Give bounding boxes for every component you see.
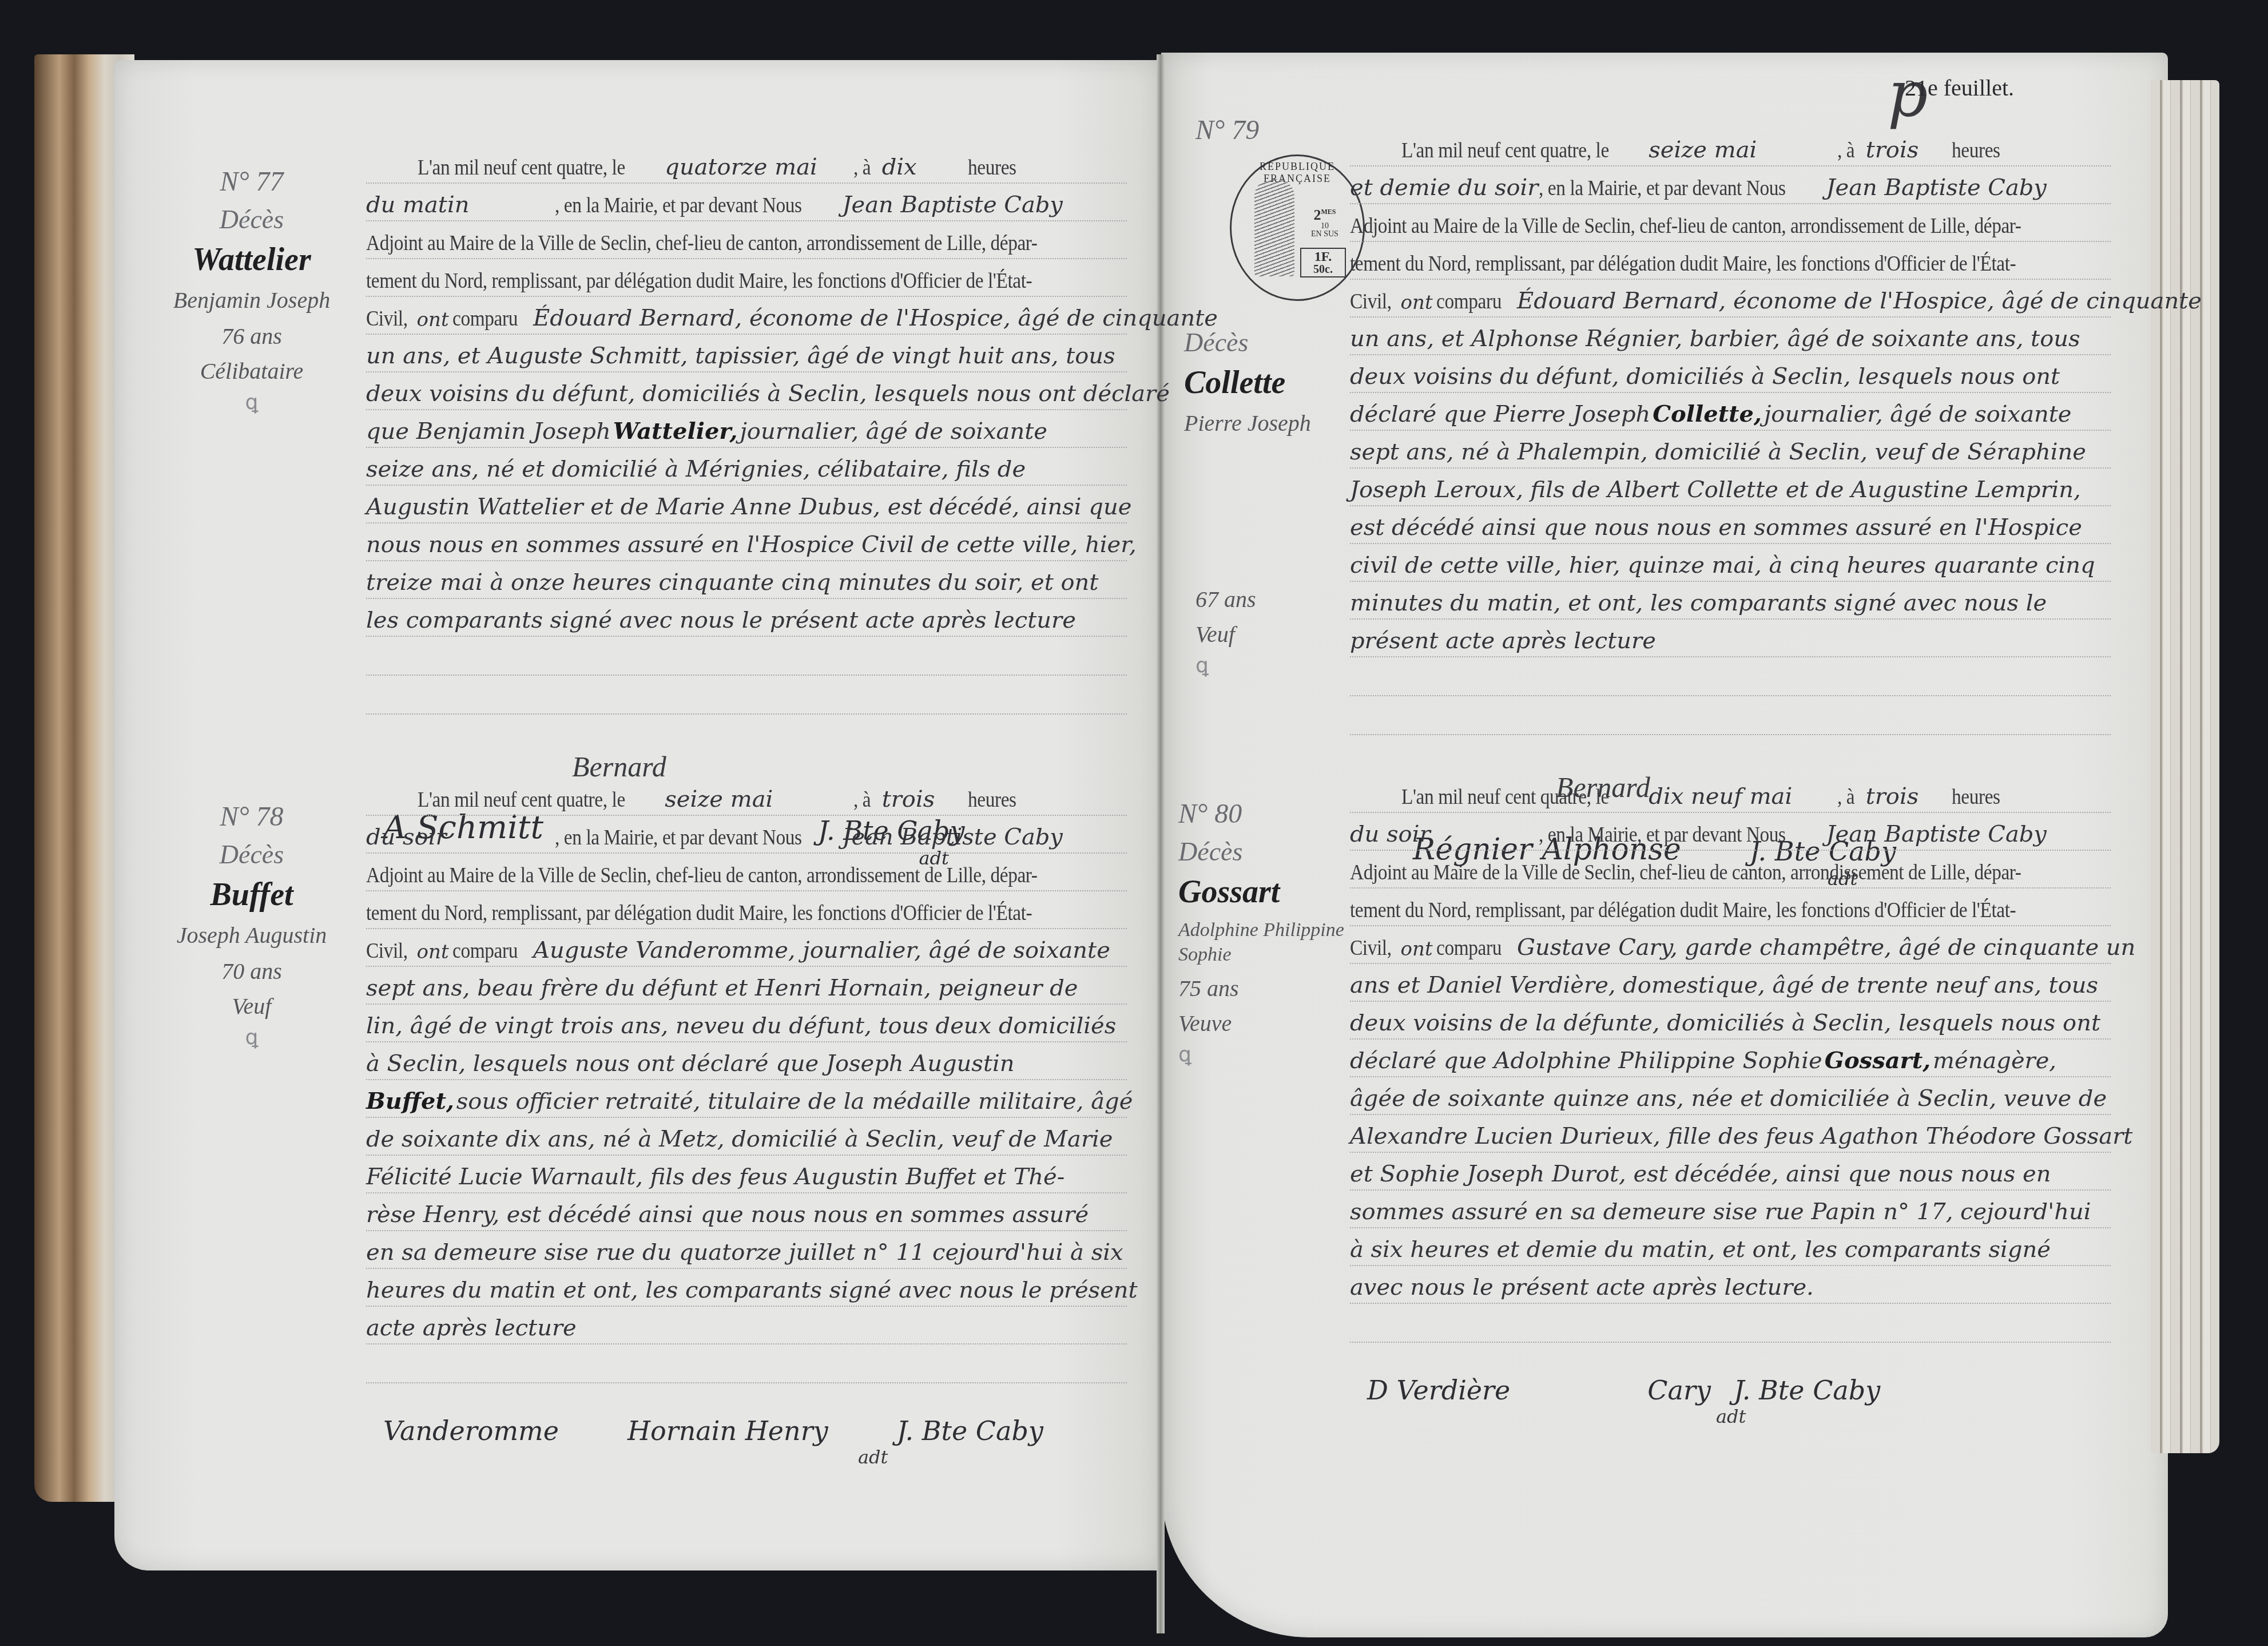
act-line: et Sophie Joseph Durot, est décédée, ain…: [1350, 1153, 2111, 1191]
act-line: L'an mil neuf cent quatre, le quatorze m…: [366, 146, 1127, 184]
civil-status: Veuf: [1195, 621, 1281, 648]
act-text: déclaré que Pierre Joseph: [1350, 401, 1650, 427]
printed-text: comparu: [1436, 289, 1502, 314]
act-text: journalier, âgé de soixante: [740, 418, 1047, 445]
act-hour: trois: [1857, 783, 1952, 810]
margin-mark: ꝗ: [1178, 1042, 1361, 1066]
act-text: heures du matin et ont, les comparants s…: [366, 1277, 1138, 1303]
act-text: et Sophie Joseph Durot, est décédée, ain…: [1350, 1161, 2051, 1187]
act-line: seize ans, né et domicilié à Mérignies, …: [366, 448, 1127, 486]
blank-line: [1350, 657, 2111, 696]
act-line: est décédé ainsi que nous nous en sommes…: [1350, 506, 2111, 544]
printed-text: , en la Mairie, et par devant Nous: [1539, 822, 1786, 847]
printed-text: Adjoint au Maire de la Ville de Seclin, …: [1350, 213, 2021, 239]
act-number: N° 80: [1178, 798, 1361, 830]
act-text: en sa demeure sise rue du quatorze juill…: [366, 1239, 1123, 1266]
act-text: deux voisins du défunt, domiciliés à Sec…: [1350, 363, 2060, 390]
deceased-surname-inline: Gossart,: [1825, 1047, 1931, 1074]
act-text: deux voisins du défunt, domiciliés à Sec…: [366, 380, 1170, 407]
act-text: Auguste Vanderomme, journalier, âgé de s…: [526, 937, 1110, 963]
act-text: les comparants signé avec nous le présen…: [366, 607, 1076, 633]
act-line: du soir , en la Mairie, et par devant No…: [366, 816, 1127, 854]
act-line: Adjoint au Maire de la Ville de Seclin, …: [1350, 204, 2111, 242]
act-text: rèse Henry, est décédé ainsi que nous no…: [366, 1201, 1089, 1228]
stamp-price: 1F. 50c.: [1300, 248, 1346, 277]
act-line: acte après lecture: [366, 1307, 1127, 1344]
act-line: présent acte après lecture: [1350, 620, 2111, 657]
printed-text: , à: [1837, 138, 1854, 163]
margin-note-act-79: Décès Collette Pierre Joseph: [1184, 320, 1344, 438]
signature-witness-1: Bernard: [366, 715, 1127, 783]
civil-status: Veuf: [143, 993, 360, 1020]
act-text: Édouard Bernard, économe de l'Hospice, â…: [1510, 288, 2202, 314]
printed-text: , à: [1837, 784, 1854, 810]
act-line: un ans, et Alphonse Régnier, barbier, âg…: [1350, 318, 2111, 355]
deceased-age: 67 ans: [1195, 586, 1281, 613]
act-date: seize mai: [653, 786, 853, 812]
act-line: sommes assuré en sa demeure sise rue Pap…: [1350, 1191, 2111, 1228]
blank-line: [1350, 1304, 2111, 1343]
printed-text: Civil,: [1350, 289, 1392, 314]
printed-text: heures: [1952, 784, 2000, 810]
act-text: présent acte après lecture: [1350, 628, 1656, 654]
blank-line: [366, 676, 1127, 715]
act-text: déclaré que Adolphine Philippine Sophie: [1350, 1048, 1822, 1074]
printed-text: heures: [968, 787, 1016, 812]
act-period: du soir: [1350, 821, 1539, 847]
act-line: L'an mil neuf cent quatre, le seize mai …: [366, 778, 1127, 816]
act-text: Édouard Bernard, économe de l'Hospice, â…: [526, 305, 1218, 331]
signature-officer: J. Bte Caby: [1734, 1375, 1880, 1406]
folio-label: 21e feuillet.: [1905, 74, 2014, 101]
margin-note-act-79-details: 67 ans Veuf ꝗ: [1195, 578, 1281, 677]
marianne-figure-icon: [1254, 179, 1294, 276]
act-line: âgée de soixante quinze ans, née et domi…: [1350, 1077, 2111, 1115]
act-line: L'an mil neuf cent quatre, le seize mai …: [1350, 129, 2111, 166]
margin-mark: ꝗ: [143, 1025, 360, 1049]
act-text: avec nous le présent acte après lecture.: [1350, 1274, 1814, 1300]
act-77-body: L'an mil neuf cent quatre, le quatorze m…: [366, 146, 1127, 846]
act-text: un ans, et Alphonse Régnier, barbier, âg…: [1350, 326, 2080, 352]
printed-text: L'an mil neuf cent quatre, le: [418, 787, 625, 812]
signature-row: Vanderomme Hornain Henry J. Bte Caby: [366, 1383, 1127, 1446]
printed-text: , en la Mairie, et par devant Nous: [555, 193, 802, 218]
act-number: N° 79: [1195, 114, 1281, 146]
stamp-surcharge-label: EN SUS: [1305, 231, 1345, 239]
stamp-surcharge-frac: 10: [1305, 223, 1345, 231]
deceased-surname-inline: Wattelier,: [613, 418, 738, 445]
deceased-given-names: Adolphine Philippine Sophie: [1178, 918, 1361, 967]
act-line: Joseph Leroux, fils de Albert Collette e…: [1350, 469, 2111, 506]
act-text: Félicité Lucie Warnault, fils des feus A…: [366, 1164, 1065, 1190]
act-line: heures du matin et ont, les comparants s…: [366, 1269, 1127, 1307]
act-line: déclaré que Pierre Joseph Collette, jour…: [1350, 393, 2111, 431]
deceased-surname-inline: Buffet,: [366, 1088, 454, 1114]
civil-status: Célibataire: [143, 358, 360, 384]
act-line: tement du Nord, remplissant, par délégat…: [1350, 889, 2111, 926]
printed-text: Civil,: [366, 306, 408, 331]
officer-name: Jean Baptiste Caby: [836, 824, 1063, 850]
act-line: civil de cette ville, hier, quinze mai, …: [1350, 544, 2111, 582]
act-line: Alexandre Lucien Durieux, fille des feus…: [1350, 1115, 2111, 1153]
act-line: les comparants signé avec nous le présen…: [366, 599, 1127, 637]
act-line: lin, âgé de vingt trois ans, neveu du dé…: [366, 1005, 1127, 1042]
deceased-surname-inline: Collette,: [1653, 400, 1762, 427]
printed-text: comparu: [1436, 935, 1502, 961]
act-80-body: L'an mil neuf cent quatre, le dix neuf m…: [1350, 775, 2111, 1427]
act-text: Augustin Wattelier et de Marie Anne Dubu…: [366, 494, 1131, 520]
blank-line: [1350, 696, 2111, 735]
act-text: à Seclin, lesquels nous ont déclaré que …: [366, 1050, 1015, 1077]
signature-witness-2: Hornain Henry: [627, 1415, 828, 1446]
act-line: minutes du matin, et ont, les comparants…: [1350, 582, 2111, 620]
act-line: Augustin Wattelier et de Marie Anne Dubu…: [366, 486, 1127, 523]
printed-text: comparu: [452, 306, 518, 331]
act-type: Décès: [143, 839, 360, 870]
officer-name: Jean Baptiste Caby: [836, 192, 1063, 218]
act-text: de soixante dix ans, né à Metz, domicili…: [366, 1126, 1113, 1152]
printed-text: L'an mil neuf cent quatre, le: [418, 155, 625, 180]
printed-text: tement du Nord, remplissant, par délégat…: [366, 901, 1032, 926]
act-line: deux voisins de la défunte, domiciliés à…: [1350, 1002, 2111, 1040]
act-78-body: L'an mil neuf cent quatre, le seize mai …: [366, 778, 1127, 1468]
printed-text: tement du Nord, remplissant, par délégat…: [366, 268, 1032, 293]
act-line: sept ans, beau frère du défunt et Henri …: [366, 967, 1127, 1005]
act-line: Buffet, sous officier retraité, titulair…: [366, 1080, 1127, 1118]
act-line: Félicité Lucie Warnault, fils des feus A…: [366, 1156, 1127, 1193]
act-text: seize ans, né et domicilié à Mérignies, …: [366, 456, 1026, 482]
act-text: Alexandre Lucien Durieux, fille des feus…: [1350, 1123, 2132, 1149]
margin-note-act-79-number: N° 79: [1195, 114, 1281, 146]
act-line: tement du Nord, remplissant, par délégat…: [1350, 242, 2111, 280]
printed-text: Civil,: [1350, 935, 1392, 961]
deceased-surname: Buffet: [143, 876, 360, 913]
act-line: tement du Nord, remplissant, par délégat…: [366, 891, 1127, 929]
act-text: acte après lecture: [366, 1315, 577, 1341]
act-line: de soixante dix ans, né à Metz, domicili…: [366, 1118, 1127, 1156]
printed-text: L'an mil neuf cent quatre, le: [1401, 784, 1609, 810]
act-type: Décès: [1184, 327, 1344, 358]
blank-line: [366, 1344, 1127, 1383]
act-line: à six heures et demie du matin, et ont, …: [1350, 1228, 2111, 1266]
officer-name: Jean Baptiste Caby: [1820, 821, 2047, 847]
act-text: Gustave Cary, garde champêtre, âgé de ci…: [1510, 934, 2135, 961]
act-79-body: L'an mil neuf cent quatre, le seize mai …: [1350, 129, 2111, 867]
act-text: sous officier retraité, titulaire de la …: [456, 1088, 1133, 1114]
act-text: lin, âgé de vingt trois ans, neveu du dé…: [366, 1013, 1116, 1039]
stamp-price-sub: 50c.: [1302, 264, 1344, 275]
act-line: Adjoint au Maire de la Ville de Seclin, …: [1350, 851, 2111, 889]
act-text: âgée de soixante quinze ans, née et domi…: [1350, 1085, 2107, 1112]
deceased-surname: Collette: [1184, 364, 1344, 401]
act-text: ménagère,: [1933, 1048, 2056, 1074]
civil-status: Veuve: [1178, 1010, 1361, 1037]
act-line: du matin , en la Mairie, et par devant N…: [366, 184, 1127, 221]
officer-title: adt: [366, 1446, 1127, 1468]
signature-row: D Verdière Cary J. Bte Caby: [1350, 1343, 2111, 1406]
act-line: déclaré que Adolphine Philippine Sophie …: [1350, 1040, 2111, 1077]
act-text: que Benjamin Joseph: [366, 418, 611, 445]
act-line: Civil, ont comparu Gustave Cary, garde c…: [1350, 926, 2111, 964]
printed-text: , en la Mairie, et par devant Nous: [1539, 176, 1786, 201]
printed-text: heures: [968, 155, 1016, 180]
act-period: et demie du soir: [1350, 174, 1539, 201]
act-text: est décédé ainsi que nous nous en sommes…: [1350, 514, 2082, 541]
act-text: à six heures et demie du matin, et ont, …: [1350, 1236, 2051, 1263]
act-line: Civil, ont comparu Auguste Vanderomme, j…: [366, 929, 1127, 967]
act-hour: trois: [873, 786, 968, 812]
act-text: treize mai à onze heures cinquante cinq …: [366, 569, 1098, 596]
deceased-age: 75 ans: [1178, 975, 1361, 1002]
stamp-surcharge-num: 2: [1313, 207, 1321, 223]
signature-witness-2: Cary: [1647, 1375, 1711, 1406]
handwritten-ont: ont: [1397, 291, 1436, 314]
margin-mark: ꝗ: [143, 390, 360, 414]
act-type: Décès: [1178, 836, 1361, 867]
printed-text: Adjoint au Maire de la Ville de Seclin, …: [1350, 860, 2021, 885]
printed-text: L'an mil neuf cent quatre, le: [1401, 138, 1609, 163]
stamp-price-main: 1F.: [1302, 250, 1344, 264]
act-line: à Seclin, lesquels nous ont déclaré que …: [366, 1042, 1127, 1080]
act-line: Civil, ont comparu Édouard Bernard, écon…: [366, 297, 1127, 335]
act-line: que Benjamin Joseph Wattelier, journalie…: [366, 410, 1127, 448]
printed-text: , en la Mairie, et par devant Nous: [555, 825, 802, 850]
act-hour: dix: [873, 154, 968, 180]
signature-officer: J. Bte Caby: [897, 1415, 1043, 1446]
act-line: un ans, et Auguste Schmitt, tapissier, â…: [366, 335, 1127, 372]
act-line: deux voisins du défunt, domiciliés à Sec…: [1350, 355, 2111, 393]
deceased-given-names: Pierre Joseph: [1184, 409, 1344, 438]
act-line: du soir , en la Mairie, et par devant No…: [1350, 813, 2111, 851]
act-hour: trois: [1857, 137, 1952, 163]
signature-witness-1: Vanderomme: [383, 1415, 559, 1446]
act-text: un ans, et Auguste Schmitt, tapissier, â…: [366, 343, 1115, 369]
act-line: L'an mil neuf cent quatre, le dix neuf m…: [1350, 775, 2111, 813]
printed-text: Adjoint au Maire de la Ville de Seclin, …: [366, 863, 1038, 888]
margin-note-act-77: N° 77 Décès Wattelier Benjamin Joseph 76…: [143, 166, 360, 414]
printed-text: heures: [1952, 138, 2000, 163]
handwritten-ont: ont: [414, 308, 452, 331]
act-line: Civil, ont comparu Édouard Bernard, écon…: [1350, 280, 2111, 318]
act-line: treize mai à onze heures cinquante cinq …: [366, 561, 1127, 599]
act-text: civil de cette ville, hier, quinze mai, …: [1350, 552, 2095, 578]
act-line: nous nous en sommes assuré en l'Hospice …: [366, 523, 1127, 561]
act-line: sept ans, né à Phalempin, domicilié à Se…: [1350, 431, 2111, 469]
act-line: en sa demeure sise rue du quatorze juill…: [366, 1231, 1127, 1269]
blank-line: [366, 637, 1127, 676]
act-text: sommes assuré en sa demeure sise rue Pap…: [1350, 1199, 2091, 1225]
deceased-age: 70 ans: [143, 958, 360, 985]
handwritten-ont: ont: [1397, 938, 1436, 961]
deceased-given-names: Benjamin Joseph: [143, 286, 360, 315]
tax-stamp: RÉPUBLIQUE FRANÇAISE 2MES 10 EN SUS 1F. …: [1230, 154, 1365, 301]
act-line: avec nous le présent acte après lecture.: [1350, 1266, 2111, 1304]
stamp-ring-text: RÉPUBLIQUE FRANÇAISE: [1232, 161, 1363, 185]
act-line: rèse Henry, est décédé ainsi que nous no…: [366, 1193, 1127, 1231]
margin-note-act-80: N° 80 Décès Gossart Adolphine Philippine…: [1178, 798, 1361, 1066]
handwritten-ont: ont: [414, 941, 452, 963]
officer-name: Jean Baptiste Caby: [1820, 174, 2047, 201]
act-text: minutes du matin, et ont, les comparants…: [1350, 590, 2047, 616]
act-period: du soir: [366, 824, 555, 850]
act-line: tement du Nord, remplissant, par délégat…: [366, 259, 1127, 297]
act-text: deux voisins de la défunte, domiciliés à…: [1350, 1010, 2100, 1036]
act-date: quatorze mai: [653, 154, 853, 180]
printed-text: tement du Nord, remplissant, par délégat…: [1350, 898, 2016, 923]
deceased-surname: Wattelier: [143, 241, 360, 278]
officer-title: adt: [1350, 1406, 2111, 1427]
act-number: N° 78: [143, 801, 360, 832]
signature-witness-1: D Verdière: [1367, 1375, 1510, 1406]
act-text: Joseph Leroux, fils de Albert Collette e…: [1350, 477, 2081, 503]
act-line: Adjoint au Maire de la Ville de Seclin, …: [366, 221, 1127, 259]
printed-text: Civil,: [366, 938, 408, 963]
act-type: Décès: [143, 204, 360, 235]
deceased-given-names: Joseph Augustin: [143, 921, 360, 950]
act-line: Adjoint au Maire de la Ville de Seclin, …: [366, 854, 1127, 891]
act-period: du matin: [366, 192, 555, 218]
printed-text: comparu: [452, 938, 518, 963]
act-line: ans et Daniel Verdière, domestique, âgé …: [1350, 964, 2111, 1002]
printed-text: tement du Nord, remplissant, par délégat…: [1350, 251, 2016, 276]
margin-note-act-78: N° 78 Décès Buffet Joseph Augustin 70 an…: [143, 801, 360, 1049]
deceased-surname: Gossart: [1178, 874, 1361, 910]
deceased-age: 76 ans: [143, 323, 360, 350]
act-text: nous nous en sommes assuré en l'Hospice …: [366, 532, 1137, 558]
printed-text: , à: [853, 787, 871, 812]
act-text: ans et Daniel Verdière, domestique, âgé …: [1350, 972, 2098, 998]
act-number: N° 77: [143, 166, 360, 197]
act-line: deux voisins du défunt, domiciliés à Sec…: [366, 372, 1127, 410]
right-page-edges: [2151, 80, 2219, 1453]
margin-mark: ꝗ: [1195, 653, 1281, 677]
act-text: sept ans, beau frère du défunt et Henri …: [366, 975, 1078, 1001]
stamp-surcharge-sup: MES: [1321, 208, 1336, 216]
printed-text: , à: [853, 155, 871, 180]
act-text: journalier, âgé de soixante: [1764, 401, 2072, 427]
act-text: sept ans, né à Phalempin, domicilié à Se…: [1350, 439, 2086, 465]
stamp-surcharge: 2MES 10 EN SUS: [1305, 208, 1345, 239]
book-gutter: [1157, 54, 1165, 1633]
act-line: et demie du soir , en la Mairie, et par …: [1350, 166, 2111, 204]
act-date: seize mai: [1637, 137, 1837, 163]
printed-text: Adjoint au Maire de la Ville de Seclin, …: [366, 231, 1038, 256]
act-date: dix neuf mai: [1637, 783, 1837, 810]
